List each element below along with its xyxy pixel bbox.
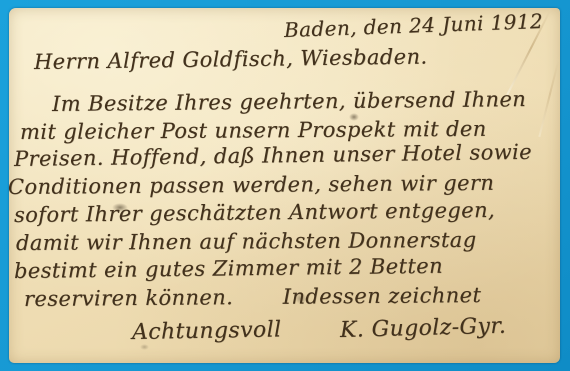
body-line: Im Besitze Ihres geehrten, übersend Ihne… — [52, 87, 526, 116]
body-line: damit wir Ihnen auf nächsten Donnerstag — [16, 228, 477, 255]
body-line: Conditionen passen werden, sehen wir ger… — [8, 171, 494, 199]
signature: K. Gugolz-Gyr. — [340, 314, 507, 343]
body-line: sofort Ihrer geschätzten Antwort entgege… — [14, 198, 495, 227]
postcard-scan: Baden, den 24 Juni 1912 Herrn Alfred Gol… — [0, 0, 570, 371]
body-line: mit gleicher Post unsern Prospekt mit de… — [20, 117, 487, 144]
body-line: reserviren können. Indessen zeichnet — [24, 283, 481, 311]
closing-word: Achtungsvoll — [132, 317, 282, 345]
